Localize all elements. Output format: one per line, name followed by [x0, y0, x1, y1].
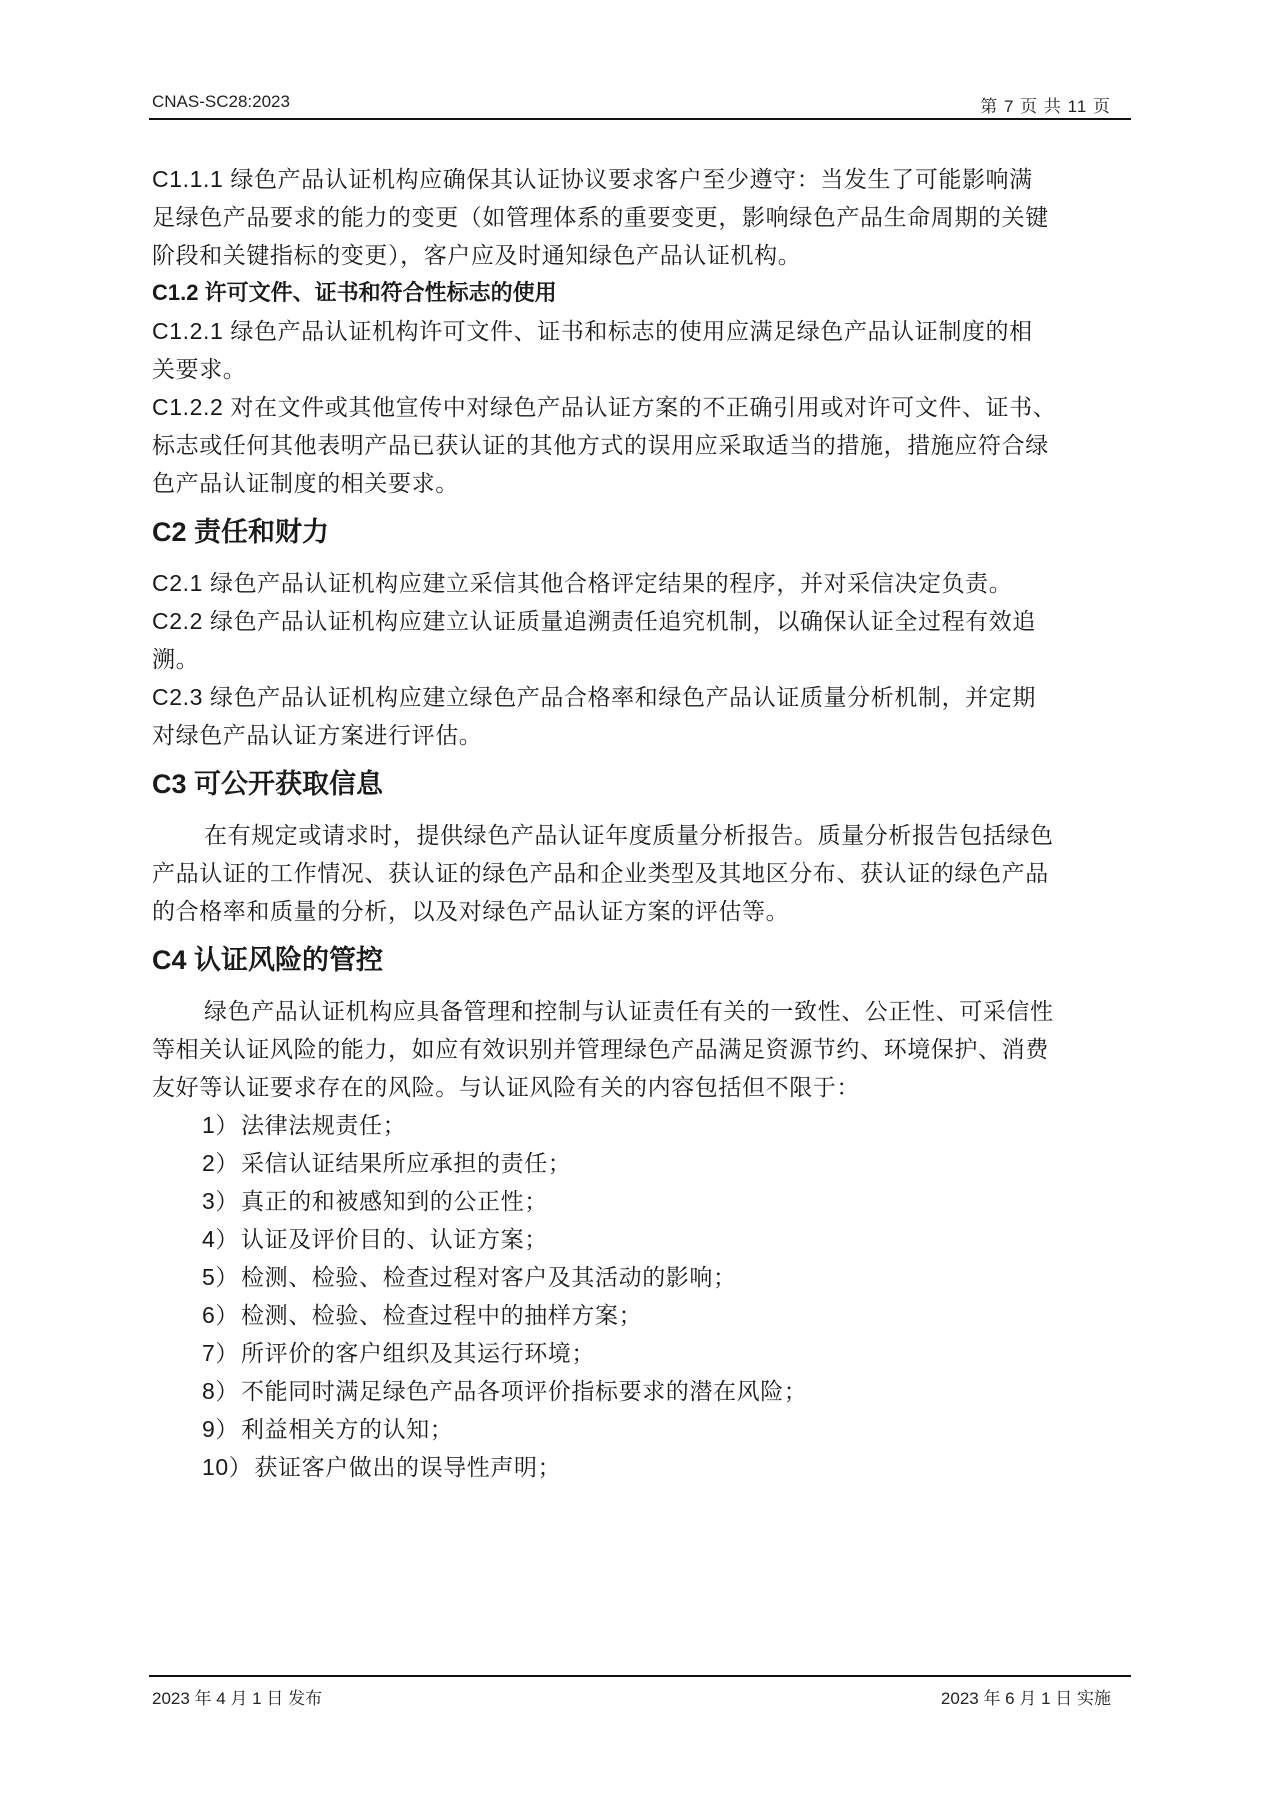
- clause-c2-1: C2.1 绿色产品认证机构应建立采信其他合格评定结果的程序，并对采信决定负责。: [152, 564, 1130, 602]
- list-number: 6）: [202, 1296, 239, 1334]
- document-body: C1.1.1 绿色产品认证机构应确保其认证协议要求客户至少遵守：当发生了可能影响…: [152, 160, 1130, 1486]
- page-footer: 2023 年 4 月 1 日 发布 2023 年 6 月 1 日 实施: [152, 1684, 1131, 1712]
- clause-c1-2-2: C1.2.2 对在文件或其他宣传中对绿色产品认证方案的不正确引用或对许可文件、证…: [152, 388, 1130, 502]
- text-line: 友好等认证要求存在的风险。与认证风险有关的内容包括但不限于：: [152, 1068, 1130, 1106]
- list-number: 3）: [202, 1182, 239, 1220]
- text-line: C2.2 绿色产品认证机构应建立认证质量追溯责任追究机制，以确保认证全过程有效追: [152, 602, 1130, 640]
- publish-date: 2023 年 4 月 1 日 发布: [152, 1684, 322, 1709]
- clause-c2-2: C2.2 绿色产品认证机构应建立认证质量追溯责任追究机制，以确保认证全过程有效追…: [152, 602, 1130, 678]
- risk-list: 1）法律法规责任； 2）采信认证结果所应承担的责任； 3）真正的和被感知到的公正…: [152, 1106, 1130, 1486]
- paragraph-c3: 在有规定或请求时，提供绿色产品认证年度质量分析报告。质量分析报告包括绿色 产品认…: [152, 816, 1130, 930]
- text-line: C1.2.1 绿色产品认证机构许可文件、证书和标志的使用应满足绿色产品认证制度的…: [152, 312, 1130, 350]
- text-line: 关要求。: [152, 350, 1130, 388]
- text-line: 溯。: [152, 640, 1130, 678]
- clause-c1-1-1: C1.1.1 绿色产品认证机构应确保其认证协议要求客户至少遵守：当发生了可能影响…: [152, 160, 1130, 274]
- list-item: 4）认证及评价目的、认证方案；: [152, 1220, 1130, 1258]
- list-number: 8）: [202, 1372, 239, 1410]
- page-number: 第 7 页 共 11 页: [980, 92, 1111, 117]
- clause-c2-3: C2.3 绿色产品认证机构应建立绿色产品合格率和绿色产品认证质量分析机制，并定期…: [152, 678, 1130, 754]
- text-line: C2.3 绿色产品认证机构应建立绿色产品合格率和绿色产品认证质量分析机制，并定期: [152, 678, 1130, 716]
- list-item: 3）真正的和被感知到的公正性；: [152, 1182, 1130, 1220]
- list-item: 6）检测、检验、检查过程中的抽样方案；: [152, 1296, 1130, 1334]
- text-line: 对绿色产品认证方案进行评估。: [152, 716, 1130, 754]
- list-text: 认证及评价目的、认证方案；: [241, 1226, 548, 1252]
- list-text: 检测、检验、检查过程对客户及其活动的影响；: [241, 1264, 737, 1290]
- list-item: 10）获证客户做出的误导性声明；: [152, 1448, 1130, 1486]
- text-line: C1.1.1 绿色产品认证机构应确保其认证协议要求客户至少遵守：当发生了可能影响…: [152, 160, 1130, 198]
- list-text: 不能同时满足绿色产品各项评价指标要求的潜在风险；: [241, 1378, 807, 1404]
- list-number: 2）: [202, 1144, 239, 1182]
- list-number: 1）: [202, 1106, 239, 1144]
- section-heading-c2: C2 责任和财力: [152, 506, 1130, 558]
- text-line: 在有规定或请求时，提供绿色产品认证年度质量分析报告。质量分析报告包括绿色: [152, 816, 1130, 854]
- section-heading-c4: C4 认证风险的管控: [152, 934, 1130, 986]
- list-text: 法律法规责任；: [241, 1112, 406, 1138]
- clause-c1-2-1: C1.2.1 绿色产品认证机构许可文件、证书和标志的使用应满足绿色产品认证制度的…: [152, 312, 1130, 388]
- text-line: 产品认证的工作情况、获认证的绿色产品和企业类型及其地区分布、获认证的绿色产品: [152, 854, 1130, 892]
- list-item: 7）所评价的客户组织及其运行环境；: [152, 1334, 1130, 1372]
- section-heading-c3: C3 可公开获取信息: [152, 758, 1130, 810]
- list-text: 采信认证结果所应承担的责任；: [241, 1150, 571, 1176]
- page-header: CNAS-SC28:2023 第 7 页 共 11 页: [152, 92, 1131, 120]
- footer-divider: [149, 1675, 1131, 1677]
- document-page: CNAS-SC28:2023 第 7 页 共 11 页 C1.1.1 绿色产品认…: [0, 0, 1280, 1811]
- list-text: 获证客户做出的误导性声明；: [254, 1454, 561, 1480]
- text-line: C2.1 绿色产品认证机构应建立采信其他合格评定结果的程序，并对采信决定负责。: [152, 564, 1130, 602]
- list-number: 9）: [202, 1410, 239, 1448]
- text-line: 足绿色产品要求的能力的变更（如管理体系的重要变更，影响绿色产品生命周期的关键: [152, 198, 1130, 236]
- list-number: 10）: [202, 1448, 252, 1486]
- list-item: 9）利益相关方的认知；: [152, 1410, 1130, 1448]
- list-item: 5）检测、检验、检查过程对客户及其活动的影响；: [152, 1258, 1130, 1296]
- list-number: 5）: [202, 1258, 239, 1296]
- list-item: 1）法律法规责任；: [152, 1106, 1130, 1144]
- text-line: 等相关认证风险的能力，如应有效识别并管理绿色产品满足资源节约、环境保护、消费: [152, 1030, 1130, 1068]
- implementation-date: 2023 年 6 月 1 日 实施: [941, 1684, 1111, 1709]
- list-number: 7）: [202, 1334, 239, 1372]
- paragraph-c4: 绿色产品认证机构应具备管理和控制与认证责任有关的一致性、公正性、可采信性 等相关…: [152, 992, 1130, 1106]
- text-line: 的合格率和质量的分析，以及对绿色产品认证方案的评估等。: [152, 892, 1130, 930]
- text-line: 阶段和关键指标的变更），客户应及时通知绿色产品认证机构。: [152, 236, 1130, 274]
- header-divider: [149, 118, 1131, 120]
- text-line: 绿色产品认证机构应具备管理和控制与认证责任有关的一致性、公正性、可采信性: [152, 992, 1130, 1030]
- section-heading-c1-2: C1.2 许可文件、证书和符合性标志的使用: [152, 274, 1130, 312]
- list-item: 8）不能同时满足绿色产品各项评价指标要求的潜在风险；: [152, 1372, 1130, 1410]
- list-item: 2）采信认证结果所应承担的责任；: [152, 1144, 1130, 1182]
- list-text: 检测、检验、检查过程中的抽样方案；: [241, 1302, 642, 1328]
- list-text: 利益相关方的认知；: [241, 1416, 453, 1442]
- list-number: 4）: [202, 1220, 239, 1258]
- document-id: CNAS-SC28:2023: [152, 92, 290, 112]
- text-line: 标志或任何其他表明产品已获认证的其他方式的误用应采取适当的措施，措施应符合绿: [152, 426, 1130, 464]
- text-line: 色产品认证制度的相关要求。: [152, 464, 1130, 502]
- list-text: 所评价的客户组织及其运行环境；: [241, 1340, 595, 1366]
- text-line: C1.2.2 对在文件或其他宣传中对绿色产品认证方案的不正确引用或对许可文件、证…: [152, 388, 1130, 426]
- list-text: 真正的和被感知到的公正性；: [241, 1188, 548, 1214]
